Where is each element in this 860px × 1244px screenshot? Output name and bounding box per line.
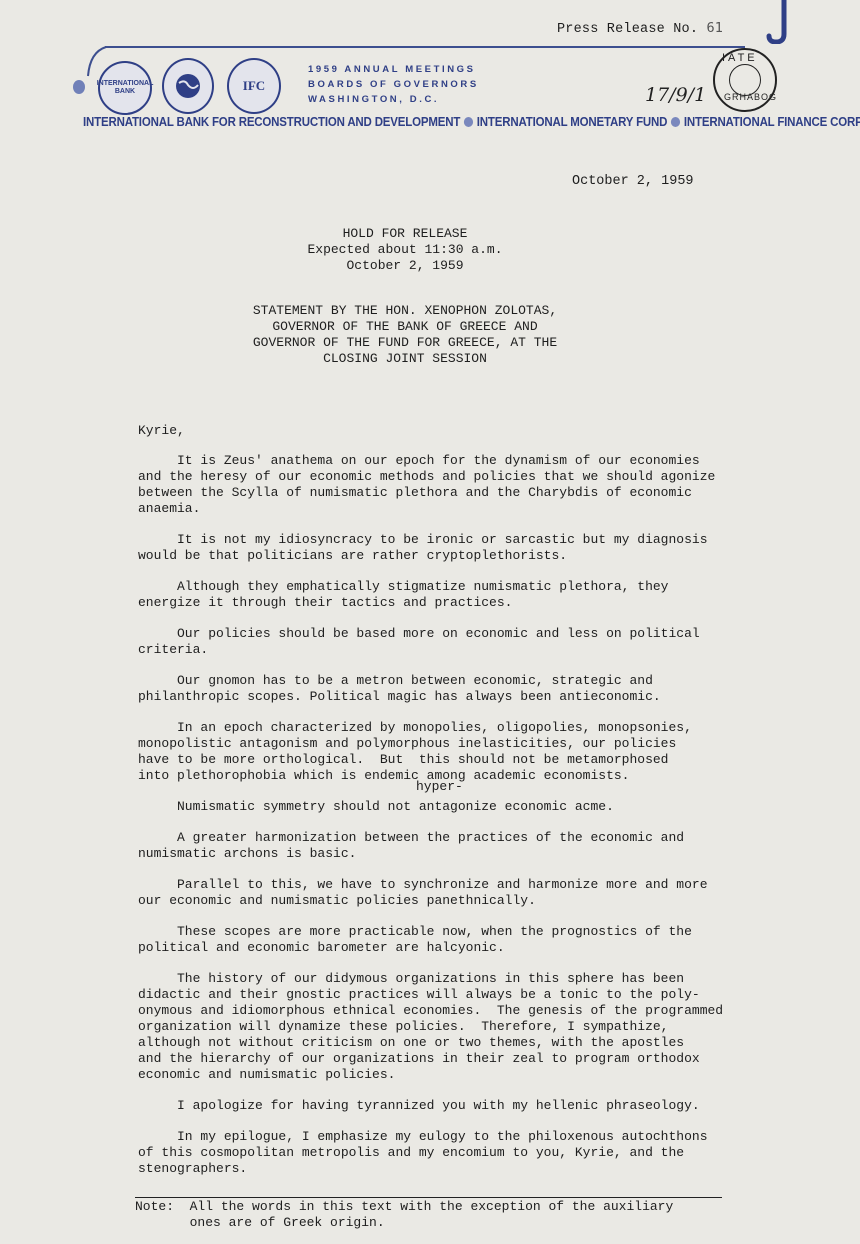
paragraph: Numismatic symmetry should not antagoniz… <box>138 799 738 815</box>
paragraph: In an epoch characterized by monopolies,… <box>138 720 738 784</box>
org-ifc: INTERNATIONAL FINANCE CORPORATION <box>684 115 860 129</box>
paragraph: Our gnomon has to be a metron between ec… <box>138 673 738 705</box>
paragraph: Our policies should be based more on eco… <box>138 626 738 658</box>
organizations-bar: INTERNATIONAL BANK FOR RECONSTRUCTION AN… <box>83 115 860 129</box>
bullet-icon <box>671 117 680 127</box>
paragraph: Parallel to this, we have to synchronize… <box>138 877 738 909</box>
paragraph: The history of our didymous organization… <box>138 971 738 1083</box>
note-rule <box>135 1197 722 1198</box>
paragraph: Although they emphatically stigmatize nu… <box>138 579 738 611</box>
org-imf: INTERNATIONAL MONETARY FUND <box>477 115 668 129</box>
paragraph: These scopes are more practicable now, w… <box>138 924 738 956</box>
document-date: October 2, 1959 <box>572 174 694 189</box>
j-mark-icon <box>766 0 790 44</box>
paragraph: In my epilogue, I emphasize my eulogy to… <box>138 1129 738 1177</box>
press-release-label: Press Release No. 61 <box>557 20 723 37</box>
bullet-icon <box>464 117 473 127</box>
annual-meetings-block: 1959 ANNUAL MEETINGS BOARDS OF GOVERNORS… <box>308 62 479 107</box>
bullet-icon <box>73 80 85 94</box>
world-bank-seal-icon: INTERNATIONAL BANK <box>98 61 152 115</box>
statement-body: Kyrie, It is Zeus' anathema on our epoch… <box>138 423 738 1192</box>
paragraph: It is not my idiosyncracy to be ironic o… <box>138 532 738 564</box>
press-release-text: Press Release No. <box>557 22 698 37</box>
statement-title: STATEMENT BY THE HON. XENOPHON ZOLOTAS, … <box>0 303 835 367</box>
paragraph: I apologize for having tyrannized you wi… <box>138 1098 738 1114</box>
stamp-bottom-text: GRHABOG <box>724 92 777 102</box>
release-block: HOLD FOR RELEASE Expected about 11:30 a.… <box>0 226 835 274</box>
stamp-top-text: IATE <box>722 52 758 64</box>
imf-seal-icon <box>162 58 214 114</box>
footnote: Note: All the words in this text with th… <box>135 1199 673 1231</box>
org-ibrd: INTERNATIONAL BANK FOR RECONSTRUCTION AN… <box>83 115 460 129</box>
handwritten-insert: hyper- <box>416 779 463 794</box>
salutation: Kyrie, <box>138 423 738 439</box>
letterhead-rule <box>105 46 745 48</box>
press-release-number: 61 <box>706 20 723 36</box>
paragraph: It is Zeus' anathema on our epoch for th… <box>138 453 738 517</box>
paragraph: A greater harmonization between the prac… <box>138 830 738 862</box>
handwritten-date: 17/9/1 <box>645 84 706 106</box>
ifc-seal-icon: IFC <box>227 58 281 114</box>
